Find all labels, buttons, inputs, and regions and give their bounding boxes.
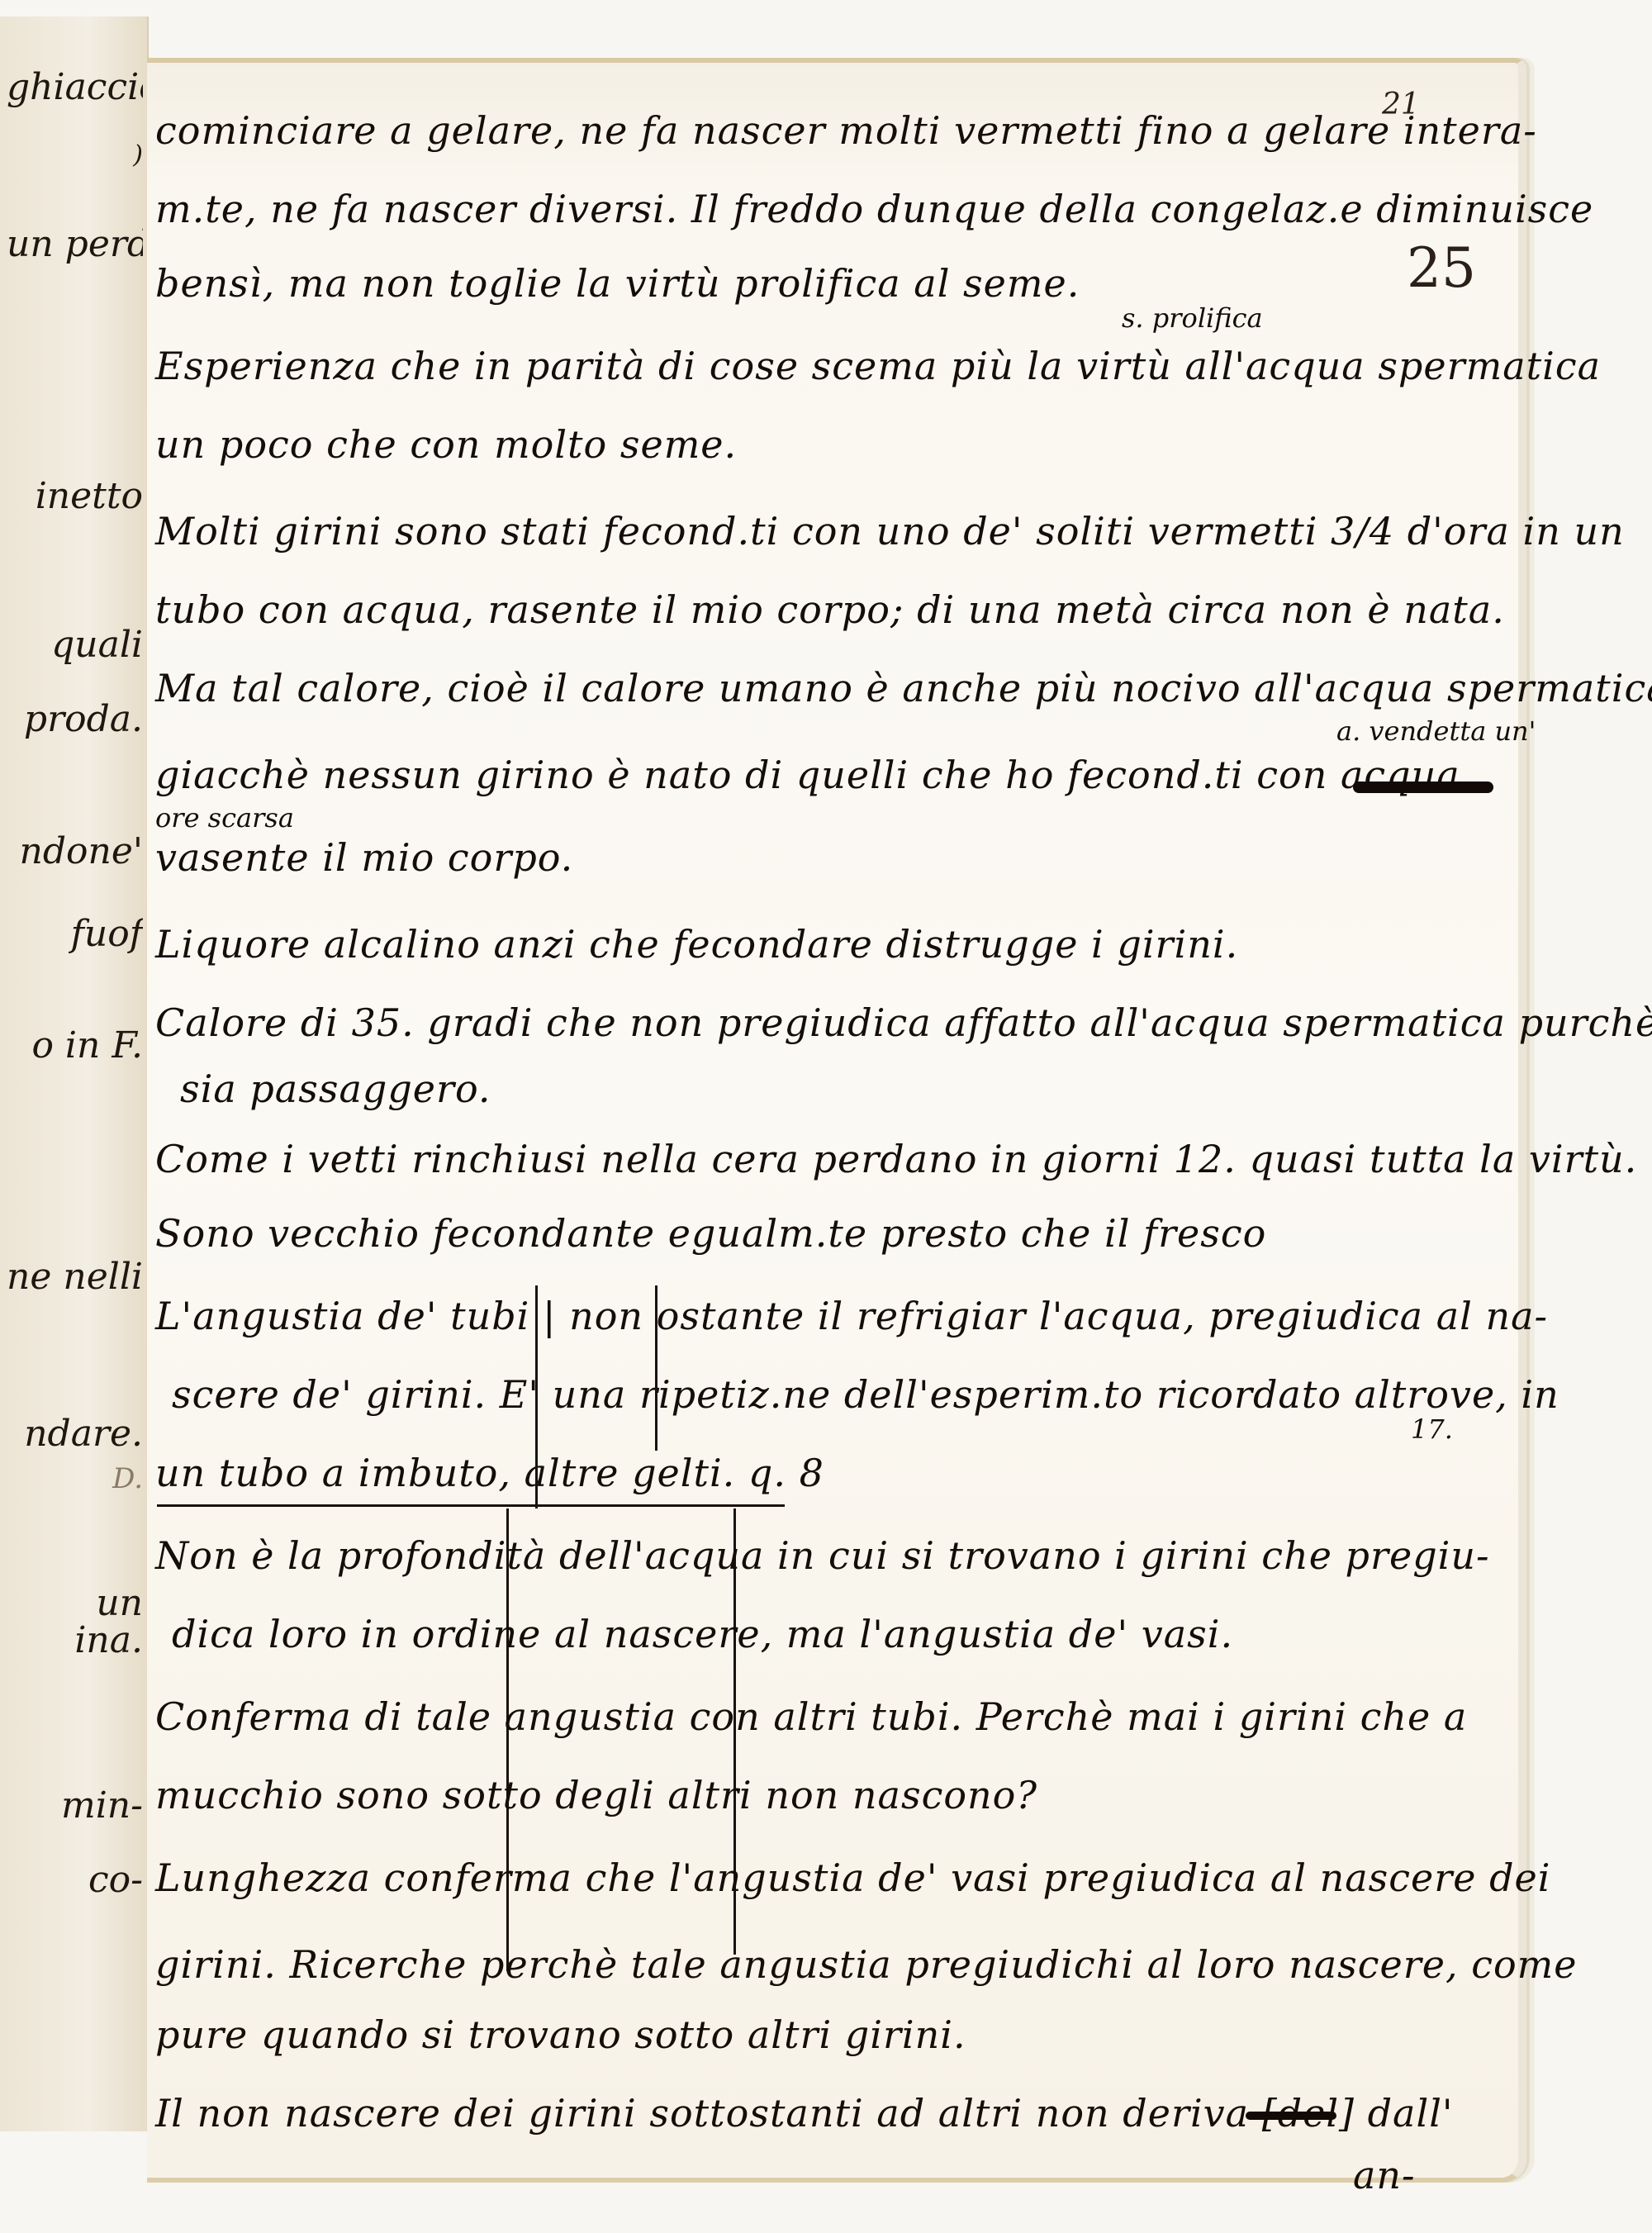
text-line: girini. Ricerche perchè tale angustia pr… xyxy=(155,1942,1578,1987)
manuscript-page: 21 25 cominciare a gelare, ne fa nascer … xyxy=(147,58,1526,2183)
margin-word: quali xyxy=(7,624,143,666)
text-line: scere de' girini. E' una ripetiz.ne dell… xyxy=(172,1372,1559,1417)
margin-word: ne nelli xyxy=(7,1256,143,1298)
previous-page-margin: ghiaccio ) un perde inetto quali proda. … xyxy=(0,17,149,2131)
text-line: pure quando si trovano sotto altri girin… xyxy=(155,2012,966,2057)
interlinear-insertion: 17. xyxy=(1411,1413,1453,1445)
text-line: mucchio sono sotto degli altri non nasco… xyxy=(155,1773,1037,1817)
margin-word: ghiaccio xyxy=(7,66,143,108)
vertical-margin-rule xyxy=(506,1508,509,1971)
text-line: tubo con acqua, rasente il mio corpo; di… xyxy=(155,587,1505,632)
text-line: vasente il mio corpo. xyxy=(155,835,573,880)
vertical-margin-rule xyxy=(535,1285,538,1508)
text-line: bensì, ma non toglie la virtù prolifica … xyxy=(155,261,1080,306)
text-line: un poco che con molto seme. xyxy=(155,422,737,467)
margin-word: ndone' xyxy=(7,830,143,872)
text-line: Molti girini sono stati fecond.ti con un… xyxy=(155,509,1625,553)
interlinear-insertion: a. vendetta un' xyxy=(1336,715,1536,747)
strikethrough-mark xyxy=(1353,782,1493,793)
margin-word: ) xyxy=(7,140,143,169)
margin-word: proda. xyxy=(7,698,143,740)
folio-number-large: 25 xyxy=(1407,236,1476,300)
margin-word: D. xyxy=(7,1462,143,1495)
text-line: Conferma di tale angustia con altri tubi… xyxy=(155,1694,1467,1739)
margin-word: ndare. xyxy=(7,1413,143,1455)
vertical-margin-rule xyxy=(655,1285,657,1451)
interlinear-insertion: ore scarsa xyxy=(155,802,294,834)
text-line: dica loro in ordine al nascere, ma l'ang… xyxy=(172,1612,1233,1656)
margin-word: co- xyxy=(7,1859,143,1901)
margin-word: o in F. xyxy=(7,1024,143,1067)
margin-word: un xyxy=(7,1582,143,1624)
margin-word: min- xyxy=(7,1784,143,1827)
text-line: sia passaggero. xyxy=(180,1067,491,1111)
text-line: cominciare a gelare, ne fa nascer molti … xyxy=(155,108,1537,153)
margin-word: un perde xyxy=(7,223,143,265)
text-line: L'angustia de' tubi | non ostante il ref… xyxy=(155,1294,1548,1338)
section-divider-rule xyxy=(157,1504,785,1507)
margin-word: fuof xyxy=(7,913,143,955)
text-line: Esperienza che in parità di cose scema p… xyxy=(155,344,1601,388)
text-line: Ma tal calore, cioè il calore umano è an… xyxy=(155,666,1652,710)
text-line: Calore di 35. gradi che non pregiudica a… xyxy=(155,1000,1652,1045)
text-line: Non è la profondità dell'acqua in cui si… xyxy=(155,1533,1490,1578)
text-line: giacchè nessun girino è nato di quelli c… xyxy=(155,753,1460,797)
text-line: Liquore alcalino anzi che fecondare dist… xyxy=(155,922,1238,967)
strikethrough-mark xyxy=(1246,2112,1336,2120)
interlinear-insertion: s. prolifica xyxy=(1122,302,1263,334)
text-line: Come i vetti rinchiusi nella cera perdan… xyxy=(155,1137,1637,1181)
text-line: m.te, ne fa nascer diversi. Il freddo du… xyxy=(155,187,1593,231)
margin-word: inetto xyxy=(7,475,143,517)
margin-word: ina. xyxy=(7,1619,143,1661)
catchword: an- xyxy=(1353,2153,1416,2197)
text-line: Sono vecchio fecondante egualm.te presto… xyxy=(155,1211,1266,1256)
text-line: un tubo a imbuto, altre gelti. q. 8 xyxy=(155,1451,824,1495)
text-line: Lunghezza conferma che l'angustia de' va… xyxy=(155,1855,1550,1900)
